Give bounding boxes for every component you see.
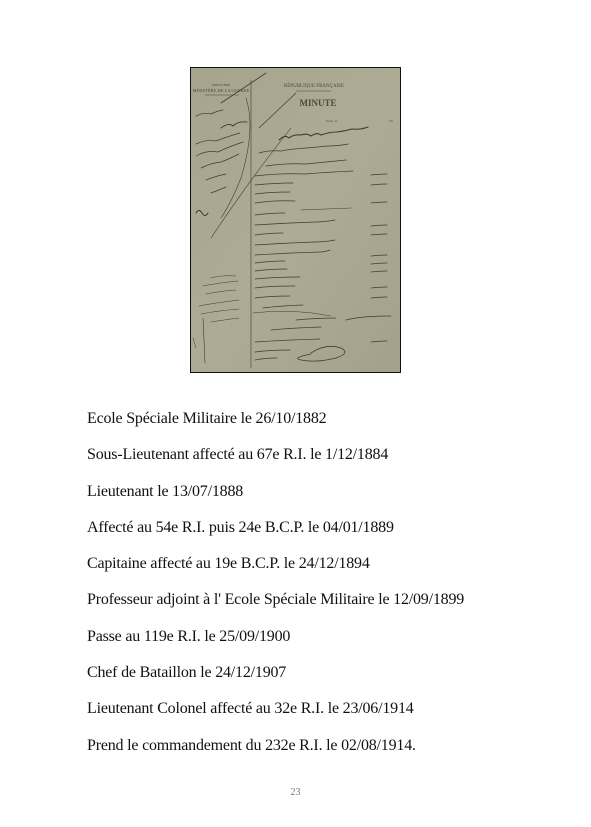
career-entry: Ecole Spéciale Militaire le 26/10/1882 [87,410,464,428]
career-entry: Lieutenant le 13/07/1888 [87,483,464,501]
career-entry: Prend le commandement du 232e R.I. le 02… [87,737,464,755]
career-timeline: Ecole Spéciale Militaire le 26/10/1882 S… [87,410,464,773]
career-entry: Affecté au 54e R.I. puis 24e B.C.P. le 0… [87,519,464,537]
republic-header: RÉPUBLIQUE FRANÇAISE [284,83,344,89]
page-number: 23 [0,787,591,798]
career-entry: Professeur adjoint à l' Ecole Spéciale M… [87,591,464,609]
handwritten-document-scan: MINISTÈRE MINISTÈRE DE LA GUERRE RÉPUBLI… [191,68,400,372]
ministry-name: MINISTÈRE DE LA GUERRE [192,88,249,93]
career-entry: Lieutenant Colonel affecté au 32e R.I. l… [87,700,464,718]
career-entry: Passe au 119e R.I. le 25/09/1900 [87,628,464,646]
career-entry: Sous-Lieutenant affecté au 67e R.I. le 1… [87,446,464,464]
minute-title: MINUTE [299,98,336,108]
career-entry: Capitaine affecté au 19e B.C.P. le 24/12… [87,555,464,573]
career-entry: Chef de Bataillon le 24/12/1907 [87,664,464,682]
svg-text:18: 18 [389,119,393,123]
ministry-label: MINISTÈRE [212,82,231,87]
scanned-service-record-image: MINISTÈRE MINISTÈRE DE LA GUERRE RÉPUBLI… [190,67,401,373]
